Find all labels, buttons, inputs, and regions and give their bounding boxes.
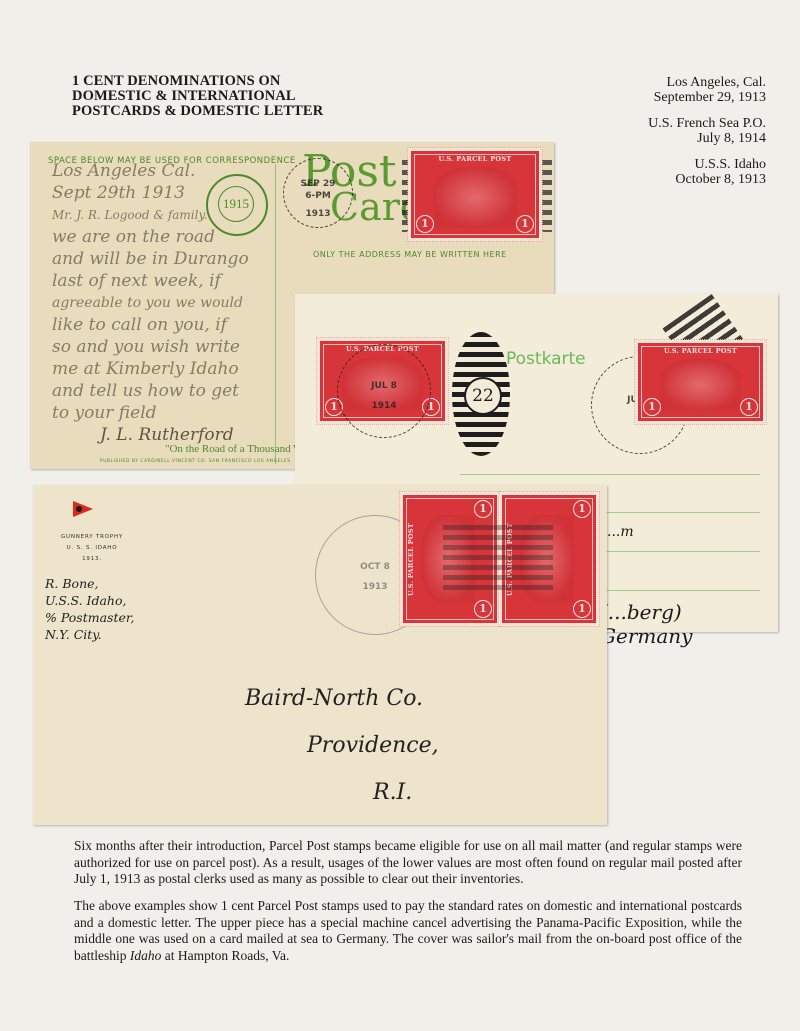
page-title: 1 CENT DENOMINATIONS ON DOMESTIC & INTER… [72, 74, 323, 119]
letterhead-line: GUNNERY TROPHY [47, 532, 137, 543]
stamp-label: U.S. PARCEL POST [411, 155, 539, 163]
letterhead-line: 1913. [47, 554, 137, 565]
pm-time: 6-PM [284, 191, 352, 201]
title-line-1: 1 CENT DENOMINATIONS ON [72, 74, 323, 89]
hw-line: so and you wish write [52, 336, 249, 358]
pm-year: 1913 [284, 209, 352, 219]
stamp-denomination: 1 [573, 600, 591, 618]
title-line-2: DOMESTIC & INTERNATIONAL [72, 89, 323, 104]
stamp-denomination: 1 [573, 500, 591, 518]
paragraph-text: at Hampton Roads, Va. [161, 948, 289, 963]
hw-line: Los Angeles Cal. [52, 160, 249, 182]
stamp-denomination: 1 [474, 500, 492, 518]
recipient-line: R.I. [245, 769, 439, 816]
postkarte-title: Postkarte [506, 349, 586, 369]
address-line [460, 474, 760, 475]
sender-address: R. Bone, U.S.S. Idaho, % Postmaster, N.Y… [45, 575, 134, 643]
sender-line: U.S.S. Idaho, [45, 592, 134, 609]
caption-place: U.S.S. Idaho [648, 157, 766, 172]
hw-line: we are on the road [52, 226, 249, 248]
caption-french-sea-po: U.S. French Sea P.O. July 8, 1914 [648, 116, 766, 146]
parcel-post-stamp: U.S. PARCEL POST 1 1 [635, 340, 766, 424]
caption-date: September 29, 1913 [648, 90, 766, 105]
stamp-vignette [660, 359, 741, 411]
hw-line: agreeable to you we would [52, 292, 249, 314]
title-line-3: POSTCARDS & DOMESTIC LETTER [72, 104, 323, 119]
caption-uss-idaho: U.S.S. Idaho October 8, 1913 [648, 157, 766, 187]
pennant-dot [76, 506, 82, 512]
pm-date: SEP 29 [284, 179, 352, 189]
address-fragment: ...m [607, 524, 634, 540]
hw-line: Mr. J. R. Logood & family. [52, 204, 249, 226]
caption-place: U.S. French Sea P.O. [648, 116, 766, 131]
sender-line: N.Y. City. [45, 626, 134, 643]
ship-name: Idaho [130, 948, 162, 963]
caption-los-angeles: Los Angeles, Cal. September 29, 1913 [648, 75, 766, 105]
caption-date: July 8, 1914 [648, 131, 766, 146]
los-angeles-postmark: SEP 29 6-PM 1913 [283, 158, 353, 228]
sender-line: % Postmaster, [45, 609, 134, 626]
stamp-vignette [433, 167, 517, 228]
card-divider [275, 164, 276, 464]
letterhead-line: U. S. S. IDAHO [47, 543, 137, 554]
stamp-label: U.S. PARCEL POST [407, 503, 415, 615]
parcel-post-stamp: U.S. PARCEL POST 1 1 [408, 148, 542, 241]
hw-line: like to call on you, if [52, 314, 249, 336]
numeral-22-cancel: 22 [452, 332, 510, 456]
caption-date: October 8, 1913 [648, 172, 766, 187]
hw-line: me at Kimberly Idaho [52, 358, 249, 380]
stamp-denomination: 1 [516, 215, 534, 233]
recipient-line: Baird-North Co. [245, 675, 439, 722]
item-captions: Los Angeles, Cal. September 29, 1913 U.S… [648, 75, 766, 198]
address-label: ONLY THE ADDRESS MAY BE WRITTEN HERE [313, 250, 507, 259]
gunnery-trophy-letterhead: GUNNERY TROPHY U. S. S. IDAHO 1913. [47, 532, 137, 565]
french-sea-po-postmark: JUL 8 1914 [337, 344, 431, 438]
address-germany: (...berg) Germany [600, 600, 778, 648]
numeral-cancel-number: 22 [464, 377, 502, 415]
publisher-imprint: PUBLISHED BY CARDINELL-VINCENT CO. SAN F… [100, 459, 291, 464]
stamp-denomination: 1 [416, 215, 434, 233]
stamp-denomination: 1 [474, 600, 492, 618]
cover-uss-idaho: GUNNERY TROPHY U. S. S. IDAHO 1913. R. B… [33, 485, 607, 825]
pm-date: JUL 8 [338, 381, 430, 391]
hw-line: last of next week, if [52, 270, 249, 292]
stamp-denomination: 1 [643, 398, 661, 416]
stamp-denomination: 1 [740, 398, 758, 416]
hw-line: Sept 29th 1913 [52, 182, 249, 204]
recipient-address: Baird-North Co. Providence, R.I. [245, 675, 439, 816]
description-paragraph-2: The above examples show 1 cent Parcel Po… [74, 898, 742, 964]
description-paragraph-1: Six months after their introduction, Par… [74, 838, 742, 888]
recipient-line: Providence, [245, 722, 439, 769]
caption-place: Los Angeles, Cal. [648, 75, 766, 90]
handwritten-message: Los Angeles Cal. Sept 29th 1913 Mr. J. R… [52, 160, 249, 446]
stamp-label: U.S. PARCEL POST [638, 347, 763, 355]
sender-line: R. Bone, [45, 575, 134, 592]
duplex-cancel-bars [443, 525, 553, 595]
pm-year: 1914 [338, 401, 430, 411]
hw-line: and tell us how to get [52, 380, 249, 402]
hw-line: and will be in Durango [52, 248, 249, 270]
hw-line: to your field [52, 402, 249, 424]
